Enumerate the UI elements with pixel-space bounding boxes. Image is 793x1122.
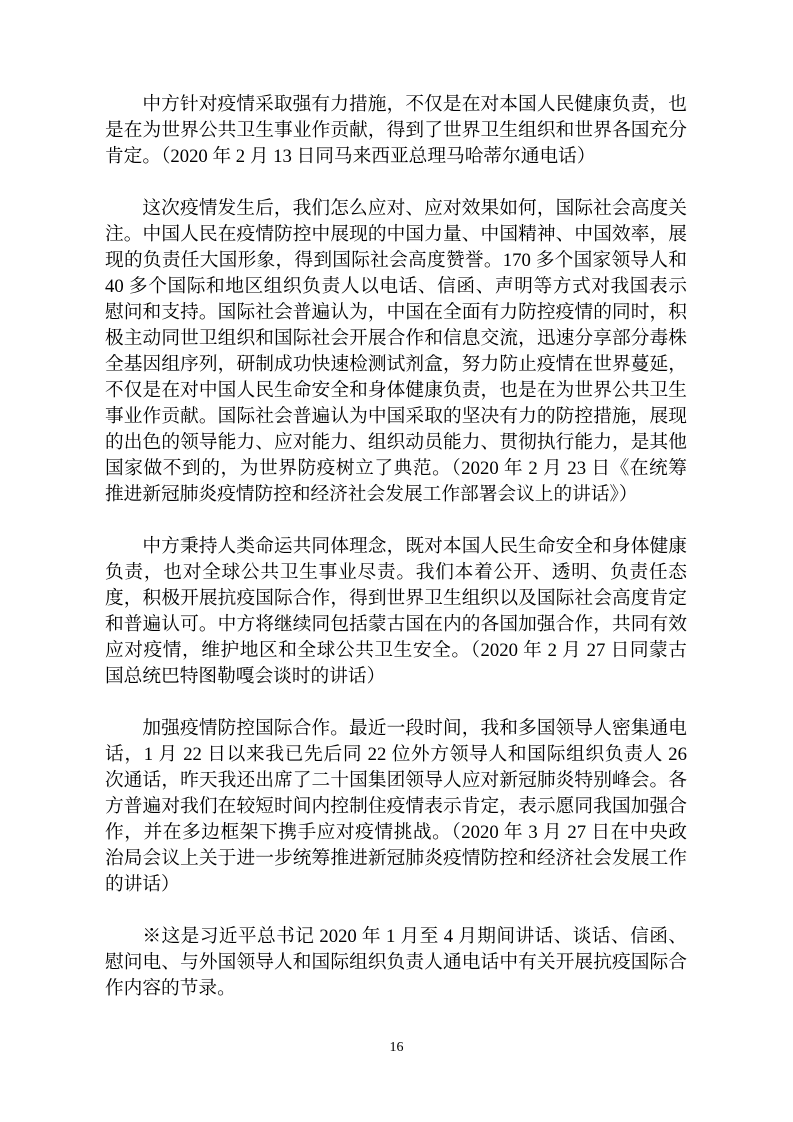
body-paragraph: 中方针对疫情采取强有力措施，不仅是在对本国人民健康负责，也是在为世界公共卫生事业… (105, 92, 687, 170)
body-paragraph: 中方秉持人类命运共同体理念，既对本国人民生命安全和身体健康负责，也对全球公共卫生… (105, 534, 687, 690)
text-block: 中方针对疫情采取强有力措施，不仅是在对本国人民健康负责，也是在为世界公共卫生事业… (105, 0, 687, 1028)
body-paragraph: 加强疫情防控国际合作。最近一段时间，我和多国领导人密集通电话，1 月 22 日以… (105, 716, 687, 898)
body-paragraph: 这次疫情发生后，我们怎么应对、应对效果如何，国际社会高度关注。中国人民在疫情防控… (105, 196, 687, 508)
page-number: 16 (390, 1040, 404, 1055)
body-paragraph: ※这是习近平总书记 2020 年 1 月至 4 月期间讲话、谈话、信函、慰问电、… (105, 924, 687, 1002)
page-footer: 16 (0, 1038, 793, 1057)
document-page: 中方针对疫情采取强有力措施，不仅是在对本国人民健康负责，也是在为世界公共卫生事业… (0, 0, 793, 1122)
